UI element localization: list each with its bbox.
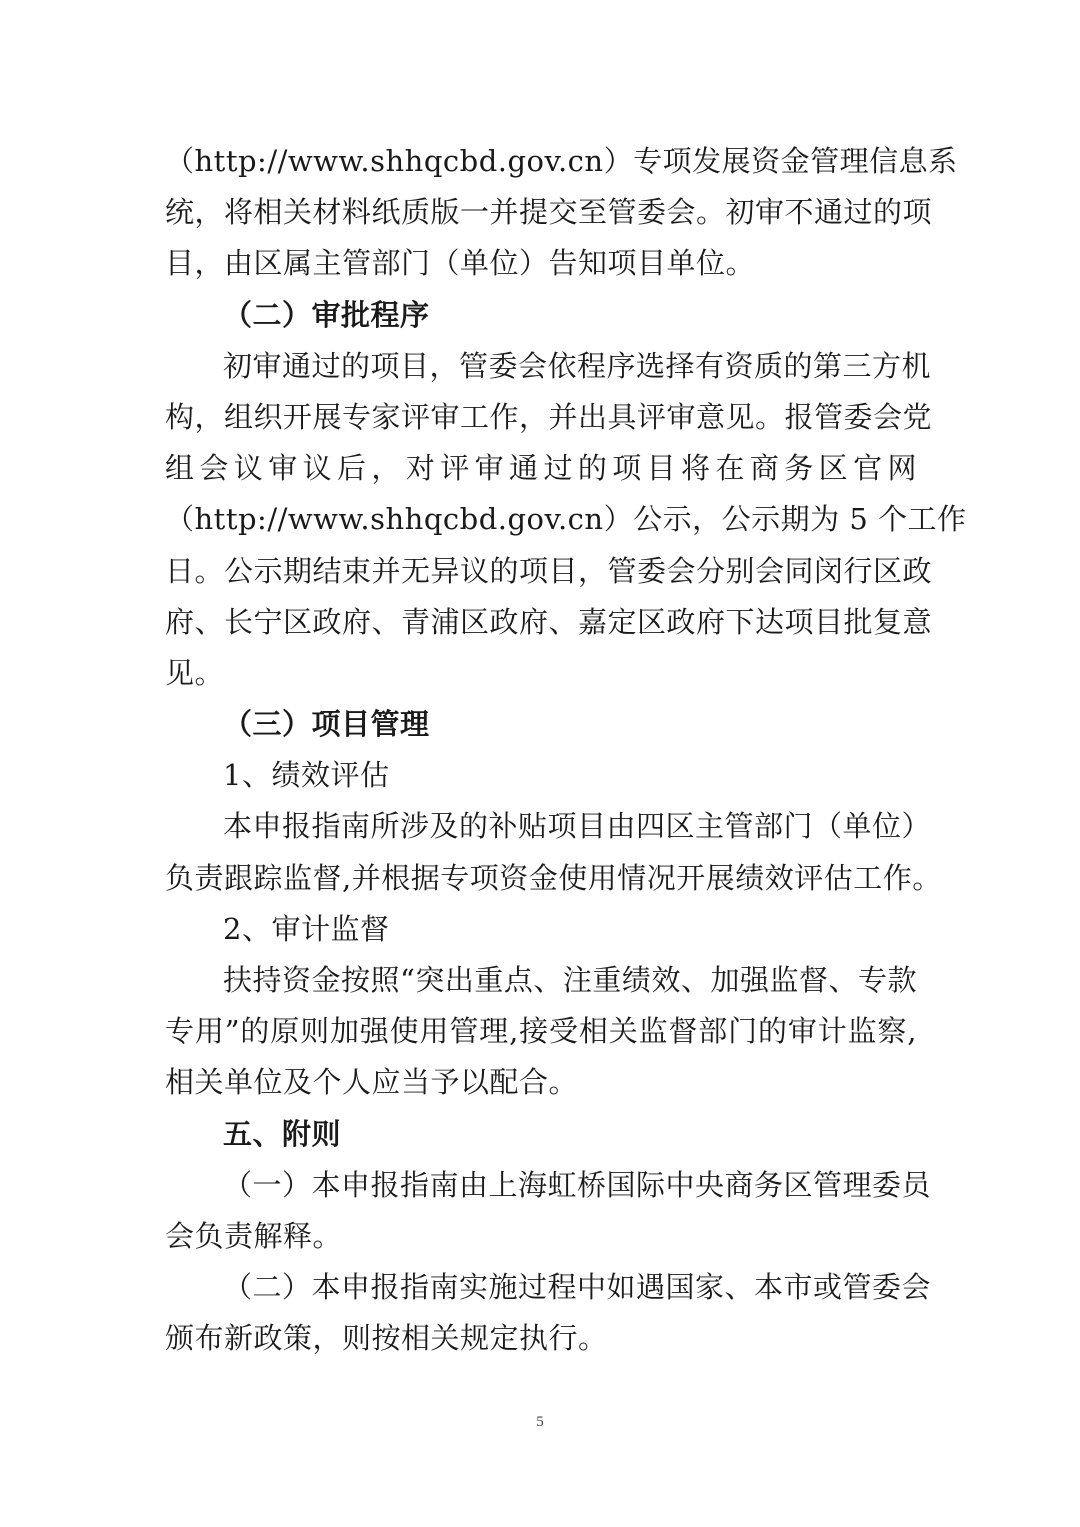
paragraph-line: 构，组织开展专家评审工作，并出具评审意见。报管委会党 <box>165 392 917 443</box>
section-project-management: （三）项目管理 1、绩效评估 本申报指南所涉及的补贴项目由四区主管部门（单位） … <box>165 699 917 1109</box>
section-heading: （三）项目管理 <box>165 699 917 750</box>
subsection-heading: 1、绩效评估 <box>165 750 917 801</box>
subsection-performance-evaluation: 1、绩效评估 本申报指南所涉及的补贴项目由四区主管部门（单位） 负责跟踪监督,并… <box>165 750 917 904</box>
section-heading: 五、附则 <box>165 1109 917 1160</box>
paragraph-line: 会负责解释。 <box>165 1211 917 1262</box>
paragraph-line: （http://www.shhqcbd.gov.cn）公示，公示期为 5 个工作 <box>165 494 917 545</box>
section-heading: （二）审批程序 <box>165 290 917 341</box>
paragraph-line: （http://www.shhqcbd.gov.cn）专项发展资金管理信息系 <box>165 136 917 187</box>
paragraph-line: 颁布新政策，则按相关规定执行。 <box>165 1313 917 1364</box>
paragraph-line: 见。 <box>165 648 917 699</box>
paragraph-line: 府、长宁区政府、青浦区政府、嘉定区政府下达项目批复意 <box>165 597 917 648</box>
paragraph-line: 负责跟踪监督,并根据专项资金使用情况开展绩效评估工作。 <box>165 853 917 904</box>
subsection-heading: 2、审计监督 <box>165 904 917 955</box>
paragraph-line: （二）本申报指南实施过程中如遇国家、本市或管委会 <box>165 1262 917 1313</box>
paragraph-line: 统，将相关材料纸质版一并提交至管委会。初审不通过的项 <box>165 187 917 238</box>
paragraph-line: 组会议审议后，对评审通过的项目将在商务区官网 <box>165 443 917 494</box>
provision-item: （二）本申报指南实施过程中如遇国家、本市或管委会 颁布新政策，则按相关规定执行。 <box>165 1262 917 1364</box>
document-page: （http://www.shhqcbd.gov.cn）专项发展资金管理信息系 统… <box>165 136 917 1365</box>
paragraph-line: 相关单位及个人应当予以配合。 <box>165 1057 917 1108</box>
paragraph-line: 目，由区属主管部门（单位）告知项目单位。 <box>165 238 917 289</box>
subsection-audit-supervision: 2、审计监督 扶持资金按照“突出重点、注重绩效、加强监督、专款 专用”的原则加强… <box>165 904 917 1109</box>
paragraph-line: 本申报指南所涉及的补贴项目由四区主管部门（单位） <box>165 801 917 852</box>
section-supplementary-provisions: 五、附则 （一）本申报指南由上海虹桥国际中央商务区管理委员 会负责解释。 （二）… <box>165 1109 917 1365</box>
paragraph-line: （一）本申报指南由上海虹桥国际中央商务区管理委员 <box>165 1160 917 1211</box>
page-number: 5 <box>0 1414 1080 1431</box>
paragraph-line: 扶持资金按照“突出重点、注重绩效、加强监督、专款 <box>165 955 917 1006</box>
continuation-paragraph: （http://www.shhqcbd.gov.cn）专项发展资金管理信息系 统… <box>165 136 917 290</box>
paragraph-line: 初审通过的项目，管委会依程序选择有资质的第三方机 <box>165 341 917 392</box>
provision-item: （一）本申报指南由上海虹桥国际中央商务区管理委员 会负责解释。 <box>165 1160 917 1262</box>
paragraph-line: 专用”的原则加强使用管理,接受相关监督部门的审计监察, <box>165 1006 917 1057</box>
section-approval-procedure: （二）审批程序 初审通过的项目，管委会依程序选择有资质的第三方机 构，组织开展专… <box>165 290 917 700</box>
paragraph-line: 日。公示期结束并无异议的项目，管委会分别会同闵行区政 <box>165 546 917 597</box>
